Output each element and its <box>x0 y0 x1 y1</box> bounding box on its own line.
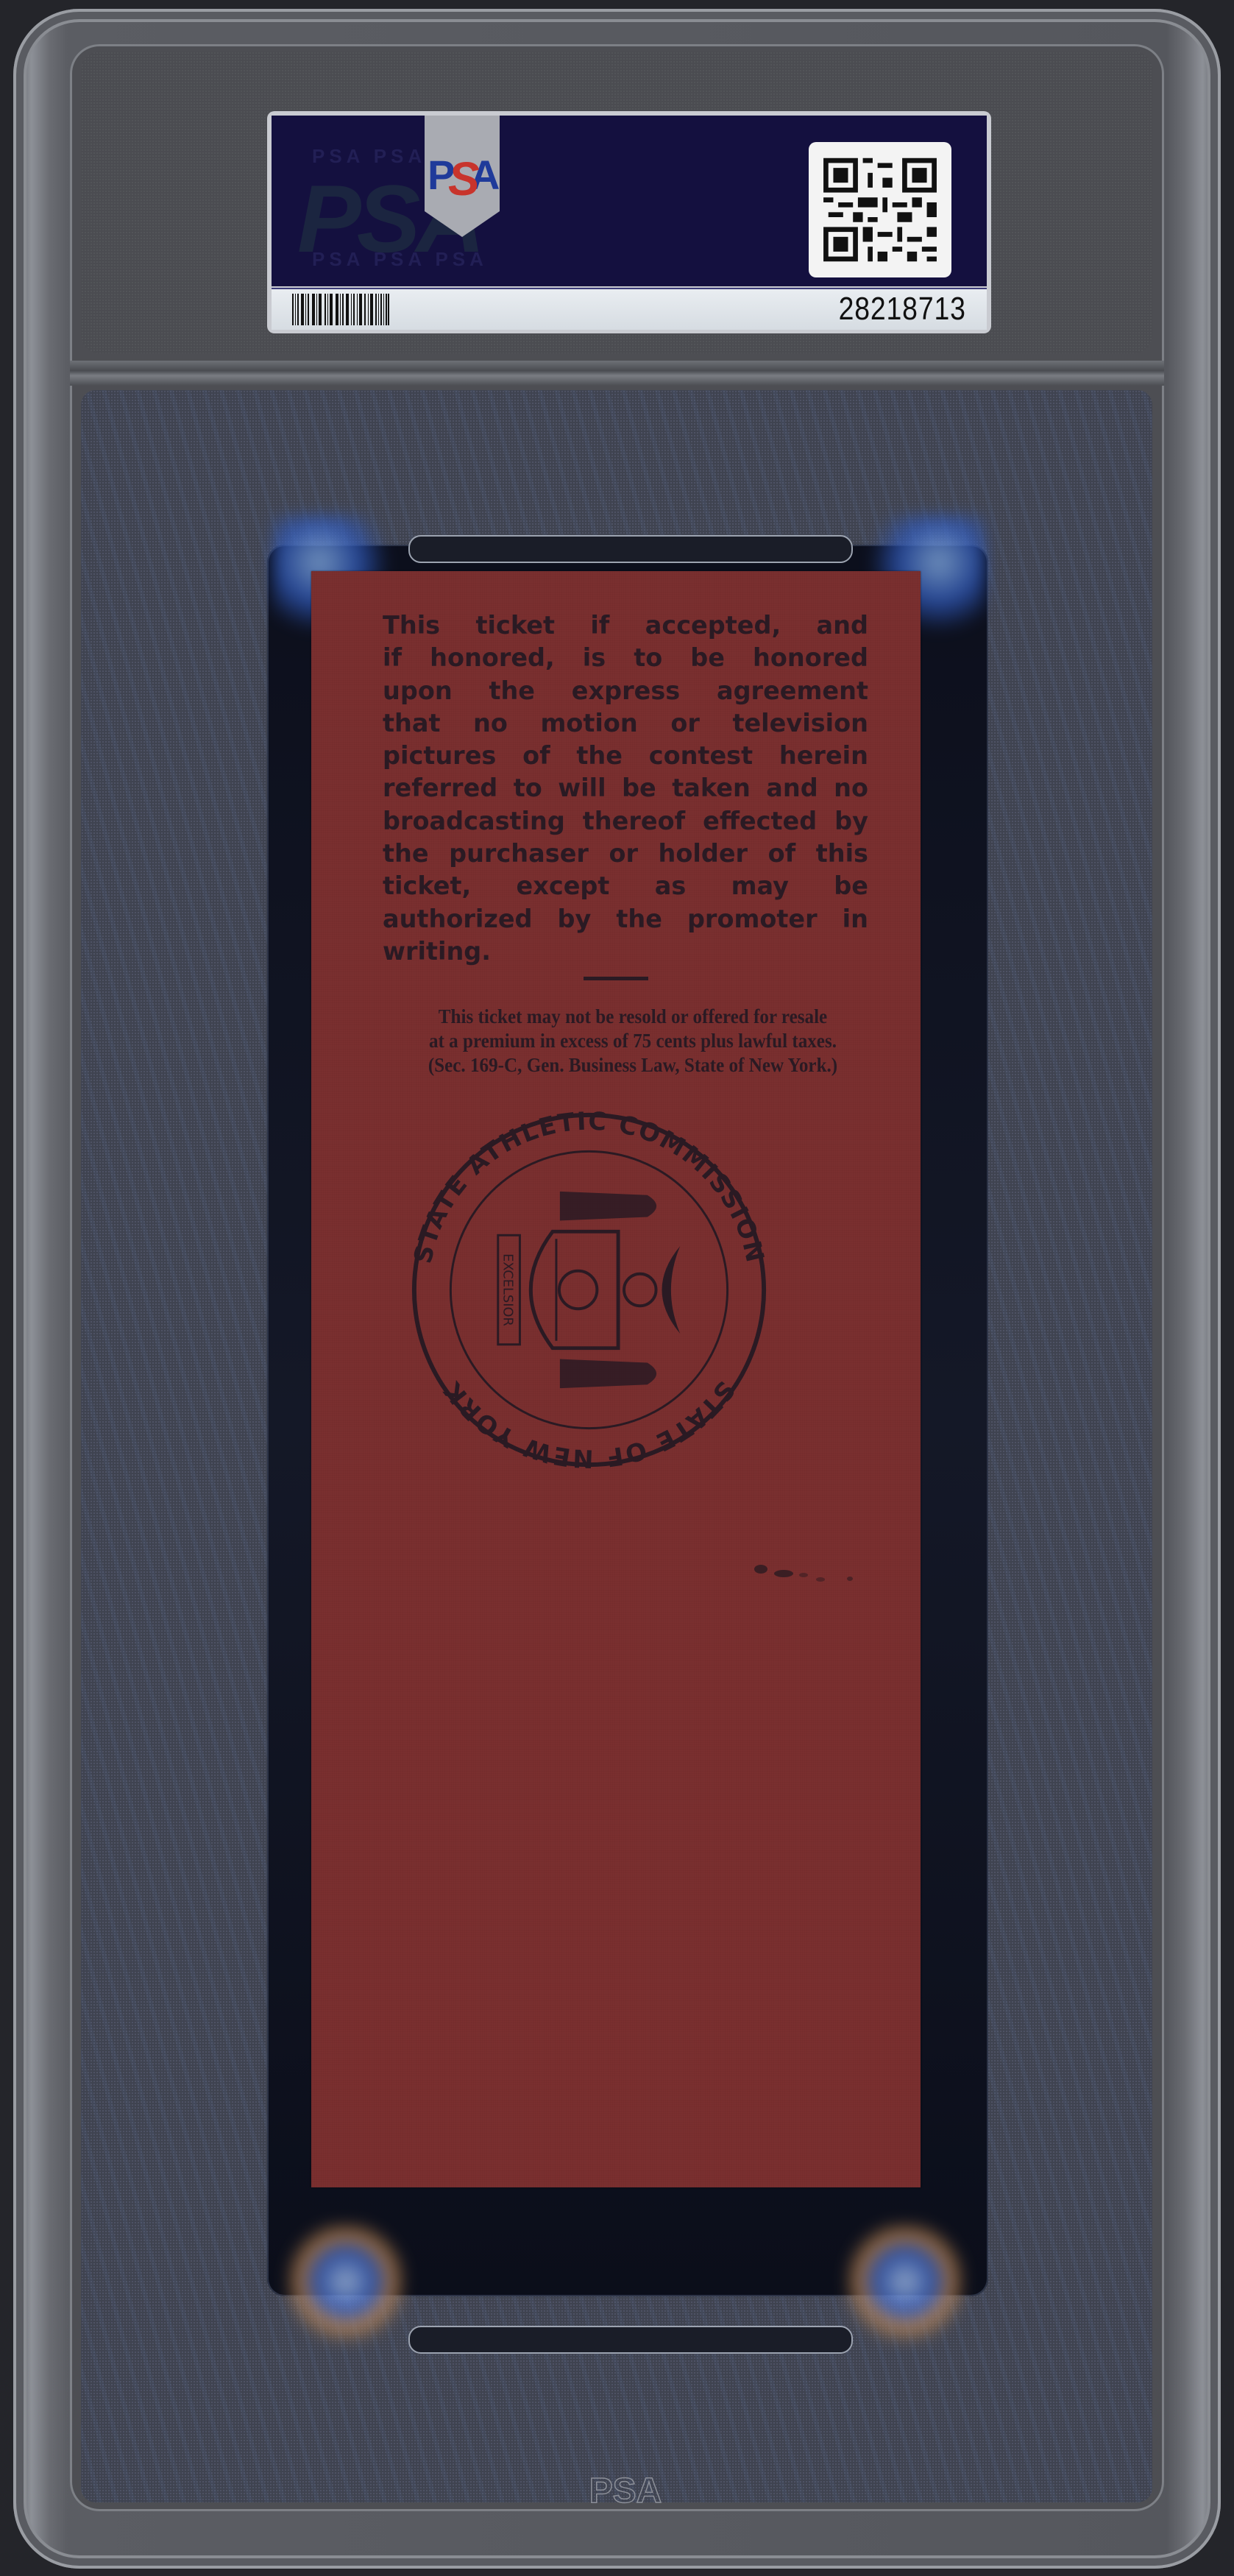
psa-shield-logo-icon: P A S <box>425 116 500 237</box>
glare-highlight <box>846 2223 964 2340</box>
terms-line: authorized by the promoter in <box>383 903 868 935</box>
svg-text:STATE OF NEW YORK: STATE OF NEW YORK <box>438 1376 741 1472</box>
qr-code-icon[interactable] <box>809 142 951 277</box>
psa-label-header: PSA PSA PSA PSA PSA PSA PSA P A S <box>272 116 987 286</box>
terms-line: that no motion or television <box>383 707 868 740</box>
psa-label-footer: 28218713 <box>272 288 987 330</box>
resale-line: at a premium in excess of 75 cents plus … <box>386 1029 879 1053</box>
terms-line: This ticket if accepted, and <box>383 609 868 642</box>
terms-line: if honored, is to be honored <box>383 642 868 674</box>
seal-text-left: STATE ATHLETIC COMMISSION <box>408 1108 770 1266</box>
terms-line: upon the express agreement <box>383 675 868 707</box>
cert-number: 28218713 <box>839 291 966 328</box>
glare-highlight <box>287 2223 405 2340</box>
terms-line: the purchaser or holder of this <box>383 838 868 870</box>
seal-banner: EXCELSIOR <box>500 1253 516 1326</box>
terms-line: pictures of the contest herein <box>383 740 868 772</box>
ticket-terms-text: This ticket if accepted, and if honored,… <box>383 609 868 968</box>
sleeve-bottom-slot <box>408 2326 853 2354</box>
resale-line: This ticket may not be resold or offered… <box>386 1005 879 1029</box>
resale-notice: This ticket may not be resold or offered… <box>386 1005 879 1078</box>
terms-line: referred to will be taken and no <box>383 772 868 804</box>
slab-divider-ridge <box>70 361 1164 386</box>
terms-line: broadcasting thereof effected by <box>383 805 868 838</box>
sleeve-top-slot <box>408 535 853 563</box>
seal-text-right: STATE OF NEW YORK <box>438 1376 741 1472</box>
ink-smudge <box>751 1560 868 1590</box>
terms-line: ticket, except as may be <box>383 870 868 902</box>
svg-text:PSA: PSA <box>589 2471 662 2510</box>
barcode-icon <box>292 294 389 325</box>
psa-label: PSA PSA PSA PSA PSA PSA PSA P A S <box>267 111 991 333</box>
separator-rule <box>584 977 648 980</box>
psa-embossed-logo-icon: PSA <box>589 2462 662 2513</box>
psa-watermark-bottom: PSA PSA PSA <box>312 248 488 271</box>
svg-text:STATE ATHLETIC COMMISSION: STATE ATHLETIC COMMISSION <box>408 1108 770 1266</box>
terms-line: writing. <box>383 935 868 968</box>
svg-text:S: S <box>448 152 480 205</box>
ny-state-athletic-commission-seal-icon: STATE ATHLETIC COMMISSION STATE OF NEW Y… <box>407 1108 771 1472</box>
resale-line: (Sec. 169-C, Gen. Business Law, State of… <box>386 1053 879 1078</box>
